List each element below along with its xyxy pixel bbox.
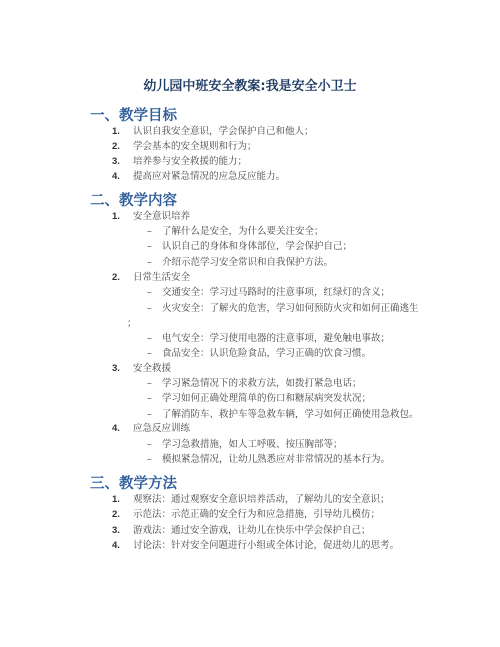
list-number: 1. xyxy=(112,492,120,507)
bullet-item: 学习紧急情况下的求救方法，如拨打紧急电话； xyxy=(162,376,362,391)
list-item: 认识自我安全意识，学会保护自己和他人； xyxy=(133,124,314,139)
list-item: 示范法：示范正确的安全行为和应急措施，引导幼儿模仿； xyxy=(133,507,380,522)
bullet-item: 电气安全：学习使用电器的注意事项，避免触电事故； xyxy=(162,331,390,346)
bullet-item: 交通安全：学习过马路时的注意事项，红绿灯的含义； xyxy=(162,285,390,300)
list-number: 2. xyxy=(112,139,120,154)
bullet-item: 火灾安全：了解火的危害，学习如何预防火灾和如何正确逃生 xyxy=(162,301,419,316)
bullet-item: 学习如何正确处理简单的伤口和糖尿病突发状况； xyxy=(162,391,371,406)
list-number: 4. xyxy=(112,421,120,436)
bullet-item: 了解什么是安全，为什么要关注安全； xyxy=(162,224,324,239)
bullet-dash: – xyxy=(147,376,152,391)
wrapped-fragment: ； xyxy=(127,316,137,331)
list-item: 观察法：通过观察安全意识培养活动，了解幼儿的安全意识； xyxy=(133,492,390,507)
section-heading-content: 二、教学内容 xyxy=(90,192,177,210)
list-number: 3. xyxy=(112,361,120,376)
bullet-dash: – xyxy=(147,255,152,270)
list-item: 日常生活安全 xyxy=(133,270,190,285)
list-number: 4. xyxy=(112,538,120,553)
list-number: 2. xyxy=(112,270,120,285)
list-number: 2. xyxy=(112,507,120,522)
bullet-dash: – xyxy=(147,239,152,254)
bullet-dash: – xyxy=(147,301,152,316)
list-number: 3. xyxy=(112,154,120,169)
bullet-item: 食品安全：认识危险食品，学习正确的饮食习惯。 xyxy=(162,346,371,361)
bullet-dash: – xyxy=(147,391,152,406)
bullet-dash: – xyxy=(147,452,152,467)
bullet-item: 介绍示范学习安全常识和自我保护方法。 xyxy=(162,255,333,270)
bullet-dash: – xyxy=(147,346,152,361)
bullet-item: 认识自己的身体和身体部位，学会保护自己； xyxy=(162,239,352,254)
document-title: 幼儿园中班安全教案:我是安全小卫士 xyxy=(0,79,500,95)
list-item: 应急反应训练 xyxy=(133,421,190,436)
section-heading-objectives: 一、教学目标 xyxy=(90,107,177,125)
section-heading-methods: 三、教学方法 xyxy=(90,475,177,493)
list-item: 学会基本的安全规则和行为； xyxy=(133,139,257,154)
list-item: 培养参与安全救援的能力； xyxy=(133,154,247,169)
list-item: 游戏法：通过安全游戏，让幼儿在快乐中学会保护自己； xyxy=(133,523,371,538)
bullet-item: 学习急救措施，如人工呼吸、按压胸部等； xyxy=(162,437,343,452)
bullet-dash: – xyxy=(147,285,152,300)
list-number: 1. xyxy=(112,209,120,224)
list-item: 安全救援 xyxy=(133,361,171,376)
bullet-dash: – xyxy=(147,437,152,452)
bullet-dash: – xyxy=(147,331,152,346)
list-number: 3. xyxy=(112,523,120,538)
bullet-dash: – xyxy=(147,224,152,239)
bullet-item: 模拟紧急情况，让幼儿熟悉应对非常情况的基本行为。 xyxy=(162,452,390,467)
bullet-dash: – xyxy=(147,407,152,422)
list-item: 安全意识培养 xyxy=(133,209,190,224)
list-number: 4. xyxy=(112,169,120,184)
list-number: 1. xyxy=(112,124,120,139)
list-item: 讨论法：针对安全问题进行小组或全体讨论，促进幼儿的思考。 xyxy=(133,538,399,553)
list-item: 提高应对紧急情况的应急反应能力。 xyxy=(133,169,285,184)
bullet-item: 了解消防车、救护车等急救车辆，学习如何正确使用急救包。 xyxy=(162,407,419,422)
